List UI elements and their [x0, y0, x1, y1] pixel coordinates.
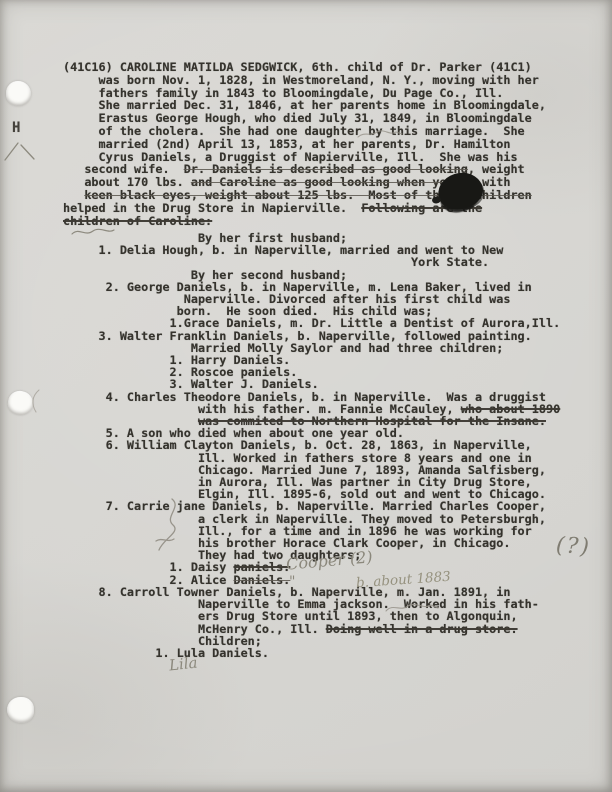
punch-hole-top — [6, 81, 31, 106]
scanned-document-page: (41C16) CAROLINE MATILDA SEDGWICK, 6th. … — [0, 0, 612, 792]
handwritten-lila-correction: Lila — [168, 654, 198, 675]
pencil-mark-left-margin — [27, 388, 45, 414]
pencil-squiggle-under-caroline — [70, 225, 116, 239]
pencil-scribble-over-parents — [356, 128, 404, 140]
typed-block: By her first husband; 1. Delia Hough, b.… — [63, 232, 560, 659]
punch-hole-bottom — [7, 697, 34, 723]
pencil-caret-mark — [3, 140, 37, 162]
pencil-flourish-near-carrie — [148, 497, 192, 553]
typed-line: 1. Lula Daniels. — [63, 647, 560, 659]
handwritten-query-mark: (?) — [555, 533, 591, 560]
pencil-scribble-above-then-to — [384, 601, 440, 615]
handwritten-ditto-mark: " — [289, 574, 295, 590]
typed-line: children of Caroline: — [63, 215, 546, 228]
margin-letter-annotation: H — [12, 120, 20, 136]
